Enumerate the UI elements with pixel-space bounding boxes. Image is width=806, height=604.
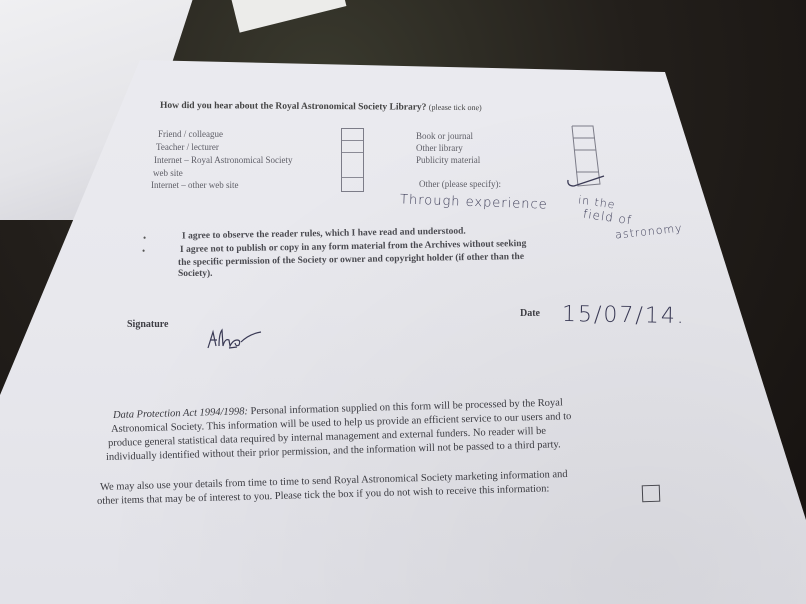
bullet-icon: • xyxy=(142,246,145,256)
date-label: Date xyxy=(520,308,540,319)
option-teacher-lecturer: Teacher / lecturer xyxy=(156,142,219,152)
checkbox-friend-colleague[interactable] xyxy=(342,129,363,141)
checkbox-teacher-lecturer[interactable] xyxy=(342,141,363,153)
other-specify-answer-line-1[interactable]: Through experience xyxy=(400,192,548,212)
checkbox-column-right xyxy=(562,124,612,194)
option-internet-ras-cont: web site xyxy=(153,168,183,178)
option-other-specify: Other (please specify): xyxy=(419,179,501,189)
option-friend-colleague: Friend / colleague xyxy=(158,129,223,139)
option-publicity-material: Publicity material xyxy=(416,155,480,165)
signature-field[interactable] xyxy=(205,326,265,352)
agreement-publish-line-3: Society). xyxy=(178,269,213,279)
marketing-opt-out-checkbox[interactable] xyxy=(642,485,661,503)
checkbox-internet-ras[interactable] xyxy=(342,153,363,178)
bullet-icon: • xyxy=(143,233,146,243)
form-content: How did you hear about the Royal Astrono… xyxy=(0,0,806,604)
date-field[interactable]: 15/07/14. xyxy=(562,302,686,329)
option-internet-other: Internet – other web site xyxy=(151,180,238,190)
option-internet-ras: Internet – Royal Astronomical Society xyxy=(154,155,292,165)
data-protection-heading: Data Protection Act 1994/1998: xyxy=(113,406,248,421)
signature-label: Signature xyxy=(127,319,169,330)
agreement-reader-rules: I agree to observe the reader rules, whi… xyxy=(182,227,466,242)
other-specify-answer-line-3: field of xyxy=(582,207,633,228)
option-book-journal: Book or journal xyxy=(416,131,473,141)
checkbox-column-left xyxy=(341,128,364,192)
option-other-library: Other library xyxy=(416,143,463,153)
question-heading: How did you hear about the Royal Astrono… xyxy=(160,101,482,113)
question-hint: (please tick one) xyxy=(429,103,482,112)
agreement-publish-line-2: the specific permission of the Society o… xyxy=(178,252,524,268)
checkbox-internet-other[interactable] xyxy=(342,178,363,191)
